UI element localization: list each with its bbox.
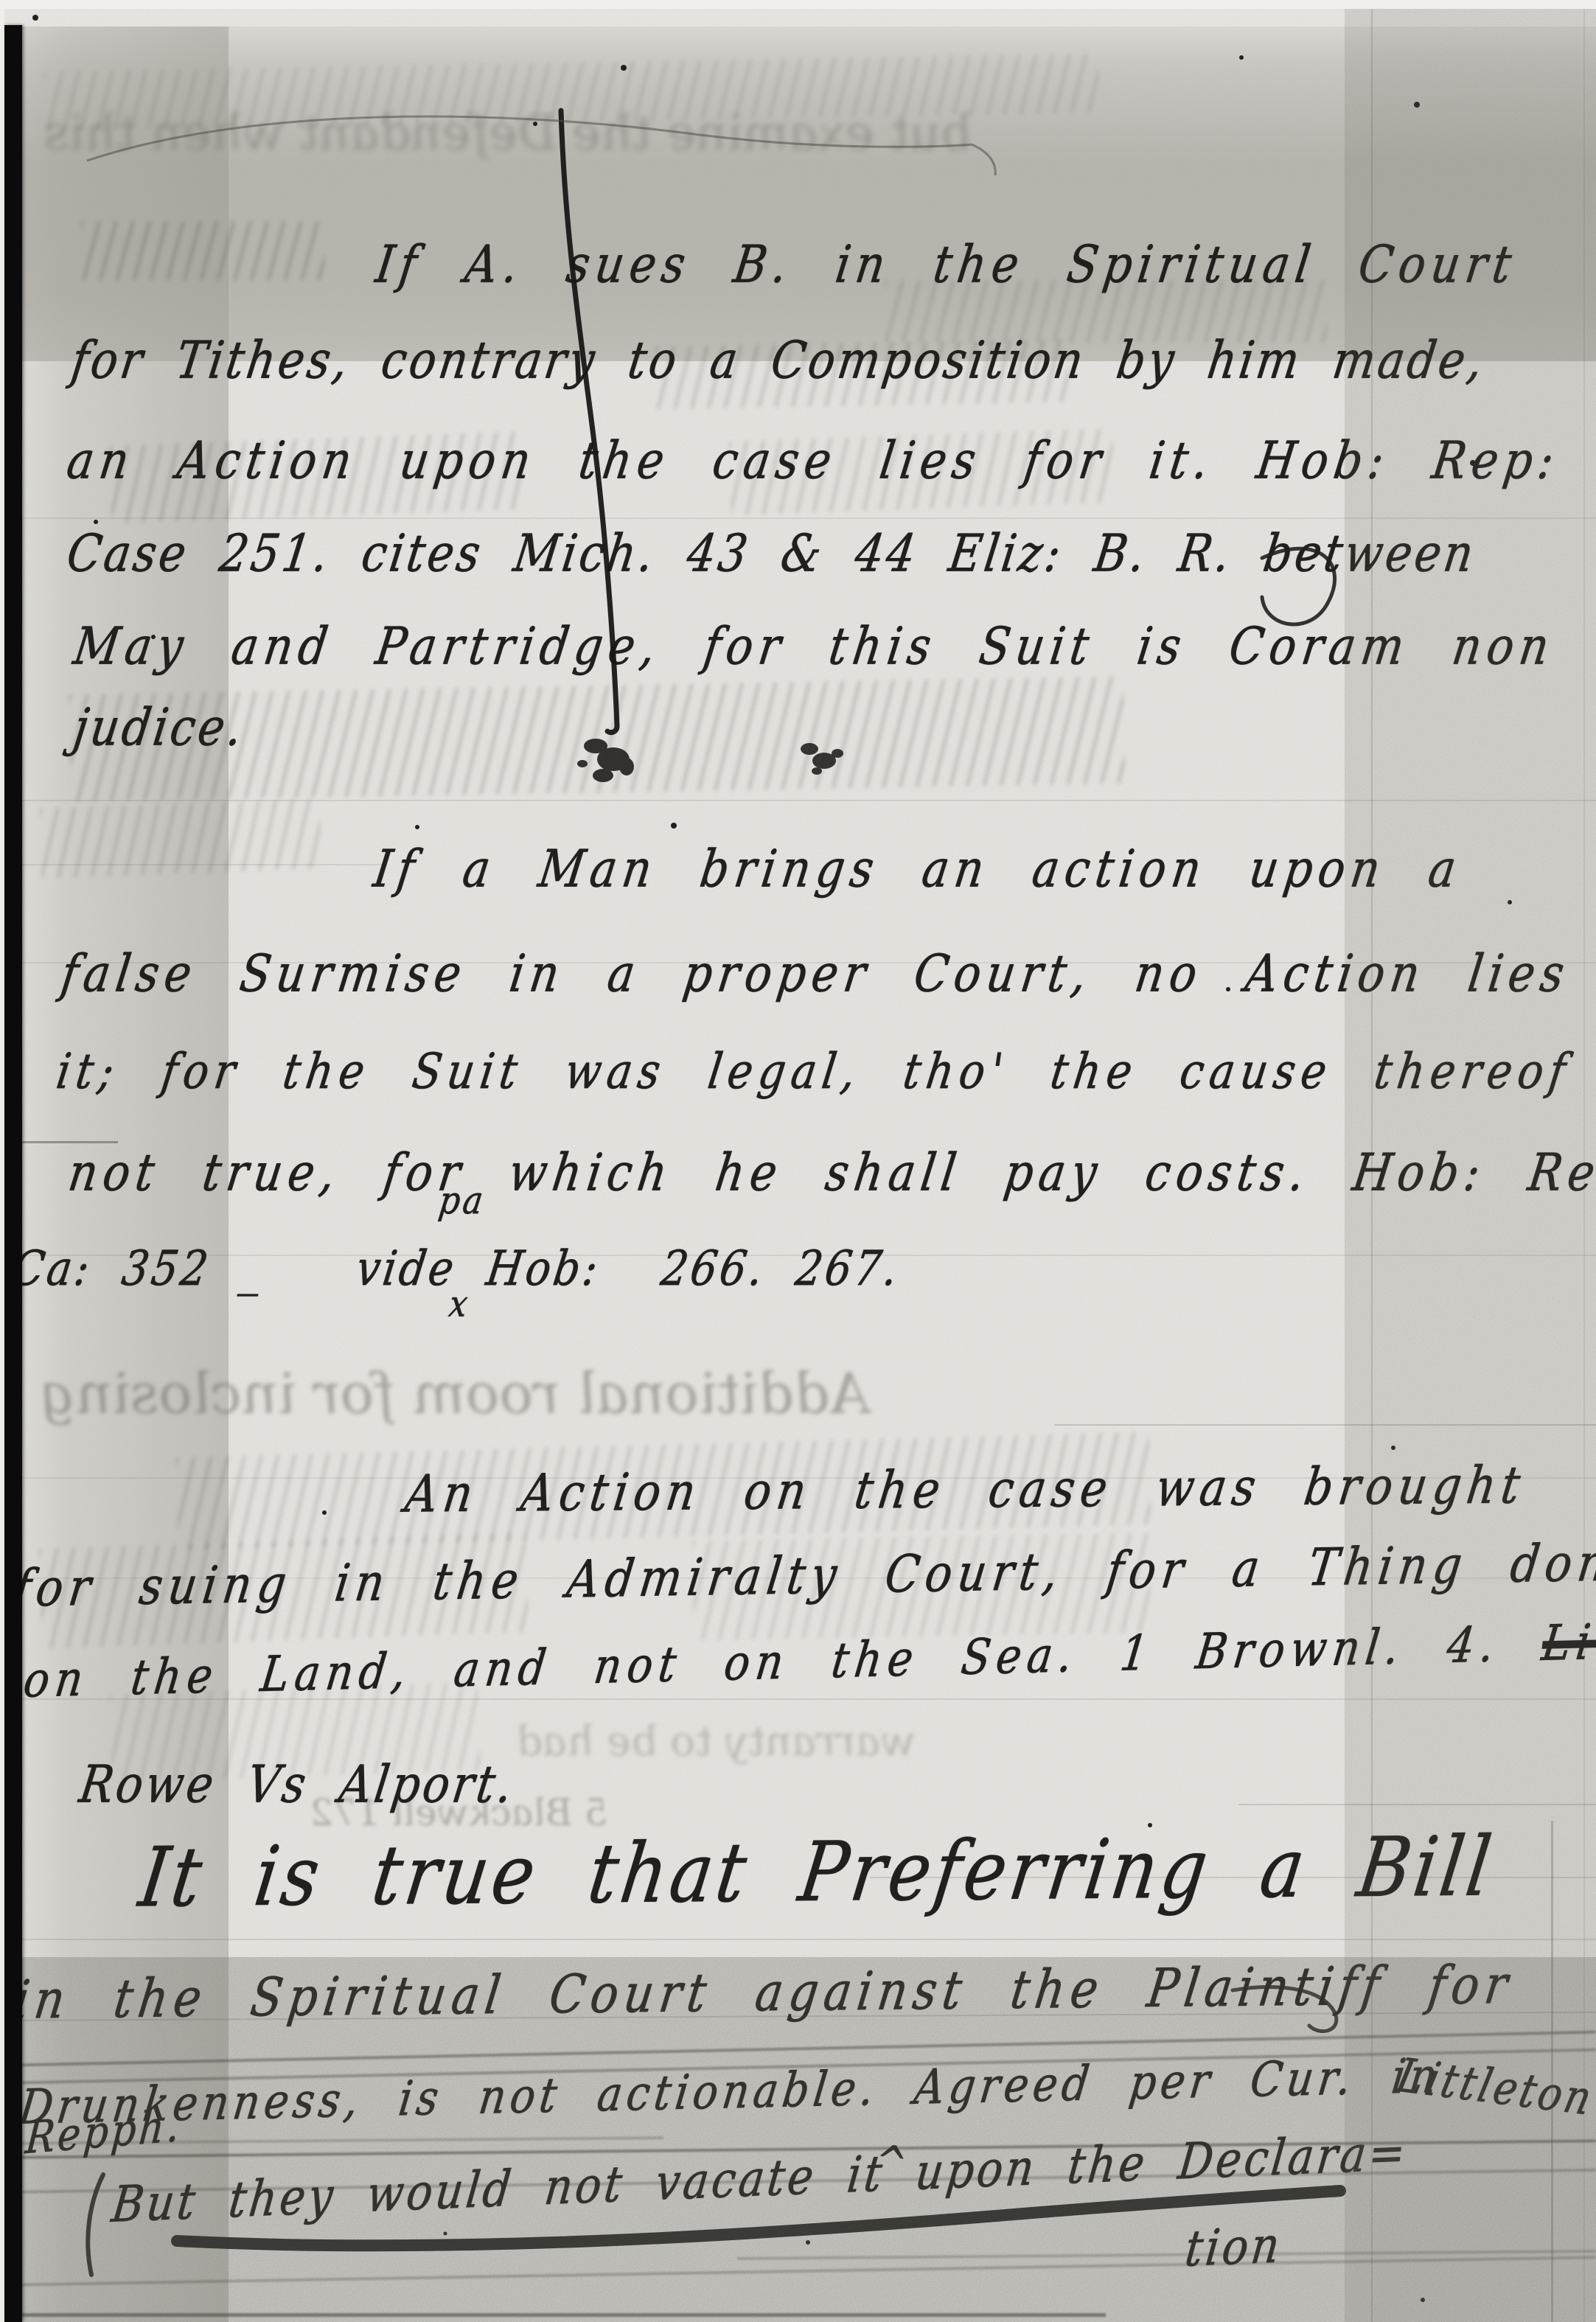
manuscript-line: not true, for which he shall pay costs. … — [65, 1143, 1596, 1203]
ink-smudge — [728, 428, 1114, 515]
grain-bottom — [0, 1990, 1596, 2322]
ink-blot — [801, 743, 843, 775]
ink-blot — [577, 739, 634, 782]
margin-dash-mark — [22, 1141, 118, 1143]
ghost-bleedthrough-top: but examine the Defendant when this — [41, 105, 976, 161]
line-text: on the Land, and not on the Sea. 1 Brown… — [21, 1617, 1503, 1709]
streak-line — [737, 2250, 1596, 2260]
lead-word: But — [109, 2171, 232, 2234]
manuscript-page: but examine the Defendant when this Addi… — [0, 0, 1596, 2322]
ink-specks — [32, 15, 1512, 2302]
flourish-loop — [1262, 548, 1335, 624]
ink-smudge — [69, 677, 1125, 802]
ruled-line — [1238, 1804, 1596, 1805]
ghost-bleedthrough-right: warranty to be had — [512, 1718, 919, 1765]
flourish-curve — [1233, 1987, 1337, 2031]
fold-line — [1583, 0, 1585, 2322]
ruled-line — [0, 962, 1596, 963]
manuscript-line: If a Man brings an action upon a — [370, 840, 1466, 899]
bottom-dark-shading — [0, 0, 1596, 361]
fold-line — [1371, 0, 1373, 2322]
streak-line — [0, 2139, 1596, 2159]
ruled-line — [0, 1255, 1596, 1256]
ruled-line — [1054, 1424, 1596, 1426]
ruled-line — [0, 800, 1596, 801]
streak-line — [0, 2031, 1596, 2067]
ink-marks-overlay — [0, 0, 1596, 2322]
scan-left-edge — [0, 0, 4, 2322]
ruled-line — [0, 864, 383, 865]
manuscript-line: If A. sues B. in the Spiritual Court — [372, 235, 1521, 295]
struck-sentence-line: But they would not vacate it upon the De… — [109, 2123, 1411, 2234]
pen-stroke-mark — [561, 111, 617, 733]
manuscript-line: An Action on the case was brought — [402, 1456, 1530, 1524]
vide-reference: vide Hob: — [353, 1241, 604, 1297]
right-fold-shading — [0, 0, 229, 2322]
ghost-bleedthrough-middle: Additional room for inclosing — [36, 1361, 875, 1426]
ruled-line — [0, 2012, 1596, 2021]
manuscript-line: judice. — [70, 698, 248, 758]
streak-line — [0, 2313, 1106, 2317]
strike-through-mark — [177, 2191, 1340, 2245]
ink-smudge — [81, 221, 324, 280]
fold-line — [1551, 1821, 1553, 2322]
manuscript-line: for Tithes, contrary to a Composition by… — [68, 331, 1489, 391]
manuscript-line: Drunkenness, is not actionable. Agreed p… — [16, 2049, 1444, 2136]
streak-line — [0, 2256, 1596, 2287]
ink-smudge — [109, 1681, 481, 1782]
struck-out-text: they would not vacate it upon the Declar… — [226, 2123, 1412, 2228]
ink-smudge — [176, 1432, 1151, 1550]
manuscript-line-large: It is true that Preferring a Bill — [134, 1819, 1500, 1925]
streak-line — [0, 2136, 663, 2145]
manuscript-line: an Action upon the case lies for it. Hob… — [63, 431, 1596, 491]
insertion-caret-mark: x — [447, 1283, 473, 1325]
ink-smudge — [39, 1533, 529, 1649]
continuation-word: tion — [1182, 2216, 1286, 2278]
manuscript-line: it; for the Suit was legal, tho' the cau… — [53, 1043, 1596, 1100]
ghost-bleedthrough-below-case: 5 Blackwell 172 — [307, 1791, 610, 1834]
paper-grain-overlay — [0, 0, 1596, 2322]
ruled-line — [0, 517, 1596, 519]
crammed-word-littletons: Littleton's — [1392, 2048, 1596, 2130]
insertion-caret-mark: ^ — [870, 2136, 914, 2189]
scratch-line — [87, 116, 995, 175]
ink-smudge — [885, 280, 1327, 343]
manuscript-citation-line: Ca: 352 _ vide Hob: 266. 267. — [9, 1241, 904, 1297]
manuscript-line: false Surmise in a proper Court, no Acti… — [58, 944, 1596, 1004]
struck-out-word: Lich. — [1539, 1612, 1596, 1672]
ruled-line — [0, 1698, 1596, 1700]
ruled-line — [0, 1477, 1596, 1479]
ruled-line — [870, 1877, 1596, 1878]
ink-smudge — [43, 54, 1098, 131]
manuscript-line: on the Land, and not on the Sea. 1 Brown… — [21, 1612, 1596, 1709]
ink-smudge — [109, 431, 524, 523]
manuscript-line: in the Spiritual Court against the Plain… — [10, 1953, 1517, 2031]
scan-bottom-edge — [0, 0, 1596, 9]
ink-smudge — [655, 339, 1069, 409]
page-numbers: 266. 267. — [658, 1241, 904, 1297]
margin-note-ca: Ca: 352 _ — [9, 1241, 268, 1297]
ruled-line — [0, 1577, 1596, 1579]
ink-smudge — [692, 1533, 1151, 1641]
case-name-line: Rowe Vs Alport. — [76, 1755, 519, 1815]
top-margin — [0, 0, 1596, 27]
scan-black-bar — [4, 25, 22, 2322]
manuscript-line: for suing in the Admiralty Court, for a … — [10, 1533, 1596, 1619]
ink-smudge — [39, 798, 321, 878]
ruled-line — [0, 1939, 1596, 1940]
grain-right — [1367, 0, 1596, 2322]
streak-line — [0, 2169, 1596, 2194]
streak-line — [0, 2049, 1596, 2085]
superscript-insertion: pa — [436, 1179, 489, 1223]
margin-note-repph: Repph. — [24, 2101, 184, 2164]
manuscript-line: Case 251. cites Mich. 43 & 44 Eliz: B. R… — [63, 524, 1480, 584]
bracket-stroke — [88, 2175, 103, 2275]
manuscript-line: May and Partridge, for this Suit is Cora… — [70, 617, 1596, 677]
grain-all — [0, 0, 1596, 2322]
